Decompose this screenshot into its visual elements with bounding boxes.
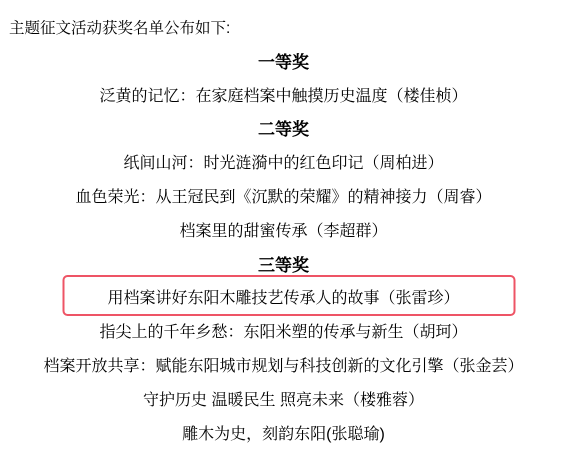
tier-heading-second-prize: 二等奖 — [0, 113, 567, 147]
award-entry: 泛黄的记忆：在家庭档案中触摸历史温度（楼佳桢） — [0, 80, 567, 114]
tier-heading-first-prize: 一等奖 — [0, 46, 567, 80]
awards-document: 主题征文活动获奖名单公布如下: 一等奖 泛黄的记忆：在家庭档案中触摸历史温度（楼… — [0, 0, 567, 462]
award-entry: 守护历史 温暖民生 照亮未来（楼雅蓉） — [0, 384, 567, 418]
award-entry: 档案开放共享：赋能东阳城市规划与科技创新的文化引擎（张金芸） — [0, 350, 567, 384]
award-entry: 血色荣光：从王冠民到《沉默的荣耀》的精神接力（周睿） — [0, 181, 567, 215]
award-entry: 纸间山河：时光涟漪中的红色印记（周柏进） — [0, 147, 567, 181]
award-entry: 雕木为史，刻韵东阳(张聪瑜) — [0, 418, 567, 452]
highlighted-entry-row: 用档案讲好东阳木雕技艺传承人的故事（张雷珍） — [0, 282, 567, 316]
award-entry: 档案里的甜蜜传承（李超群） — [0, 215, 567, 249]
award-entry: 用档案讲好东阳木雕技艺传承人的故事（张雷珍） — [107, 290, 459, 307]
intro-text: 主题征文活动获奖名单公布如下: — [0, 12, 567, 46]
award-entry: 指尖上的千年乡愁：东阳米塑的传承与新生（胡珂） — [0, 316, 567, 350]
tier-heading-third-prize: 三等奖 — [0, 249, 567, 283]
